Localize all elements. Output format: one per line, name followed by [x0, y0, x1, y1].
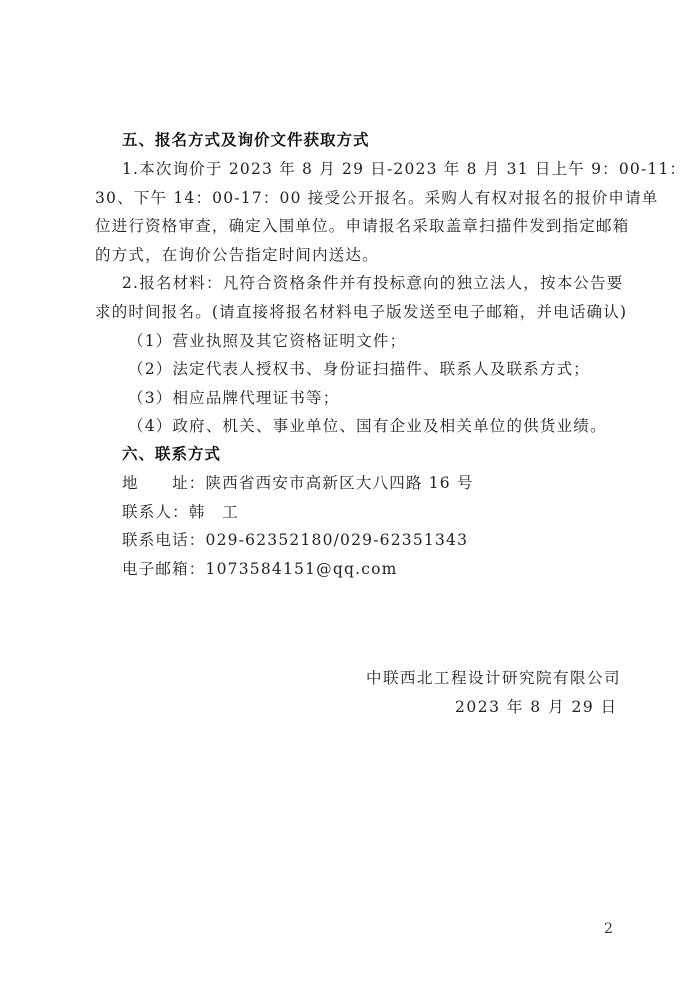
- paragraph-1-line-2: 30、下午 14：00-17：00 接受公开报名。采购人有权对报名的报价申请单: [95, 188, 615, 208]
- document-page: 五、报名方式及询价文件获取方式 1.本次询价于 2023 年 8 月 29 日-…: [0, 0, 700, 990]
- signature-date: 2023 年 8 月 29 日: [455, 697, 618, 717]
- paragraph-2-line-2: 求的时间报名。(请直接将报名材料电子版发送至电子邮箱，并电话确认): [95, 302, 615, 322]
- material-item-1: （1）营业执照及其它资格证明文件；: [128, 331, 406, 351]
- email-row: 电子邮箱：1073584151@qq.com: [122, 559, 398, 579]
- phone-row: 联系电话：029-62352180/029-62351343: [122, 530, 468, 550]
- page-number: 2: [604, 921, 613, 937]
- paragraph-2-line-1: 2.报名材料：凡符合资格条件并有投标意向的独立法人，按本公告要: [122, 273, 615, 293]
- paragraph-1-line-4: 的方式，在询价公告指定时间内送达。: [95, 245, 379, 265]
- paragraph-1-line-1: 1.本次询价于 2023 年 8 月 29 日-2023 年 8 月 31 日上…: [122, 159, 612, 179]
- material-item-4: （4）政府、机关、事业单位、国有企业及相关单位的供货业绩。: [128, 416, 607, 436]
- contact-label: 联系人：: [122, 503, 189, 521]
- address-value: 陕西省西安市高新区大八四路 16 号: [206, 474, 474, 492]
- phone-value: 029-62352180/029-62351343: [206, 531, 469, 549]
- material-item-2: （2）法定代表人授权书、身份证扫描件、联系人及联系方式；: [128, 359, 590, 379]
- section-6-heading: 六、联系方式: [122, 444, 221, 464]
- contact-row: 联系人：韩 工: [122, 502, 239, 522]
- address-label: 地 址：: [122, 474, 206, 492]
- signature-company: 中联西北工程设计研究院有限公司: [366, 668, 621, 688]
- section-5-heading: 五、报名方式及询价文件获取方式: [122, 130, 370, 150]
- material-item-3: （3）相应品牌代理证书等；: [128, 388, 339, 408]
- address-row: 地 址：陕西省西安市高新区大八四路 16 号: [122, 473, 474, 493]
- contact-value: 韩 工: [189, 503, 239, 521]
- phone-label: 联系电话：: [122, 531, 206, 549]
- paragraph-1-line-3: 位进行资格审查，确定入围单位。申请报名采取盖章扫描件发到指定邮箱: [95, 216, 615, 236]
- email-label: 电子邮箱：: [122, 560, 206, 578]
- email-value: 1073584151@qq.com: [206, 560, 398, 578]
